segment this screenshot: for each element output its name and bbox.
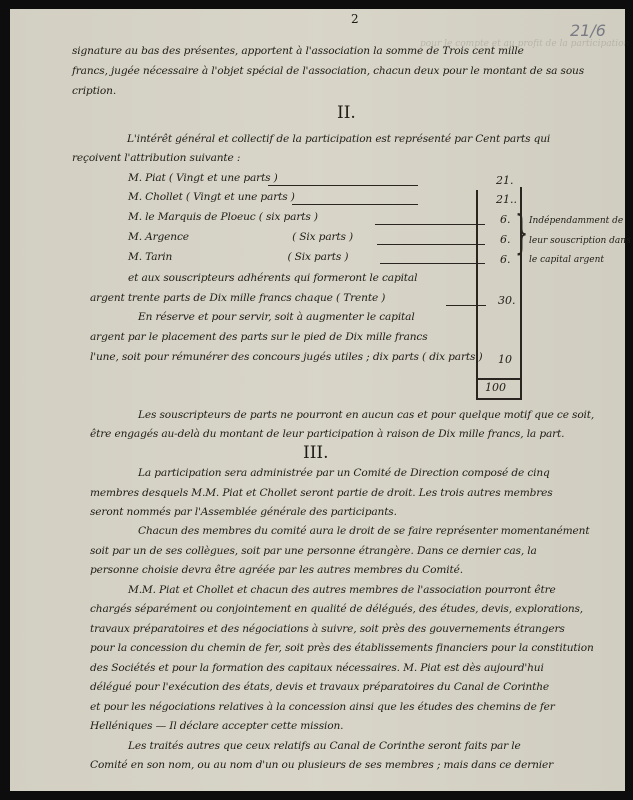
paragraph-line: La participation sera administrée par un… [138, 467, 550, 479]
opening-line: signature au bas des présentes, apporten… [72, 45, 524, 57]
paragraph-line: des Sociétés et pour la formation des ca… [90, 662, 544, 674]
total-rule [476, 378, 522, 380]
allocation-parts: 6. [500, 253, 511, 266]
allocation-parts: 6. [500, 213, 511, 226]
liability-line: Les souscripteurs de parts ne pourront e… [138, 409, 594, 421]
page-number: 2 [351, 12, 359, 26]
reserve-line: argent par le placement des parts sur le… [90, 331, 428, 343]
allocation-parts: 21.. [496, 193, 517, 206]
allocation-parts: 21. [496, 174, 514, 187]
opening-line: francs, jugée nécessaire à l'objet spéci… [72, 65, 584, 77]
reserve-line: l'une, soit pour rémunérer des concours … [90, 351, 482, 363]
total-rule-bottom [476, 398, 522, 400]
brace: } [515, 209, 528, 255]
liability-line: être engagés au-delà du montant de leur … [90, 428, 564, 440]
reserve-parts: 10 [498, 353, 512, 366]
paragraph-line: Helléniques — Il déclare accepter cette … [90, 720, 343, 732]
paragraph-line: chargés séparément ou conjointement en q… [90, 603, 583, 615]
paragraph-line: pour la concession du chemin de fer, soi… [90, 642, 594, 654]
section-2-intro: L'intérêt général et collectif de la par… [127, 133, 550, 145]
paragraph-line: personne choisie devra être agréée par l… [90, 564, 463, 576]
allocation-name: M. Piat ( Vingt et une parts ) [128, 172, 278, 184]
subscribers-line: argent trente parts de Dix mille francs … [90, 292, 385, 304]
paragraph-line: travaux préparatoires et des négociation… [90, 623, 565, 635]
leader-line [375, 224, 485, 225]
paragraph-line: délégué pour l'exécution des états, devi… [90, 681, 549, 693]
allocation-name: M. Tarin ( Six parts ) [128, 251, 348, 263]
document-page: 2 21/6 pour le compte et au profit de la… [10, 9, 625, 791]
side-note: leur souscription dans [529, 236, 631, 246]
paragraph-line: Chacun des membres du comité aura le dro… [138, 525, 589, 537]
subscribers-line: et aux souscripteurs adhérents qui forme… [128, 272, 417, 284]
allocation-parts: 6. [500, 233, 511, 246]
leader-line [377, 244, 485, 245]
leader-line [446, 305, 486, 306]
paragraph-line: membres desquels M.M. Piat et Chollet se… [90, 487, 553, 499]
folio-annotation: 21/6 [570, 21, 606, 40]
reserve-line: En réserve et pour servir, soit à augmen… [138, 311, 415, 323]
leader-line [292, 204, 418, 205]
allocation-name: M. le Marquis de Ploeuc ( six parts ) [128, 211, 318, 223]
opening-line: cription. [72, 85, 116, 97]
allocation-name: M. Chollet ( Vingt et une parts ) [128, 191, 295, 203]
section-heading-3: III. [303, 443, 329, 463]
subscribers-parts: 30. [498, 294, 516, 307]
paragraph-line: M.M. Piat et Chollet et chacun des autre… [128, 584, 556, 596]
paragraph-line: et pour les négociations relatives à la … [90, 701, 555, 713]
side-note: le capital argent [529, 255, 604, 265]
paragraph-line: soit par un de ses collègues, soit par u… [90, 545, 537, 557]
section-heading-2: II. [337, 103, 356, 123]
total-parts: 100 [485, 381, 506, 394]
paragraph-line: Les traités autres que ceux relatifs au … [128, 740, 521, 752]
section-2-intro: reçoivent l'attribution suivante : [72, 152, 240, 164]
side-note: Indépendamment de [529, 216, 623, 226]
column-rule-right [520, 187, 522, 399]
allocation-name: M. Argence ( Six parts ) [128, 231, 353, 243]
paragraph-line: Comité en son nom, ou au nom d'un ou plu… [90, 759, 553, 771]
leader-line [268, 185, 418, 186]
paragraph-line: seront nommés par l'Assemblée générale d… [90, 506, 397, 518]
leader-line [380, 263, 485, 264]
column-rule-left [476, 190, 478, 399]
